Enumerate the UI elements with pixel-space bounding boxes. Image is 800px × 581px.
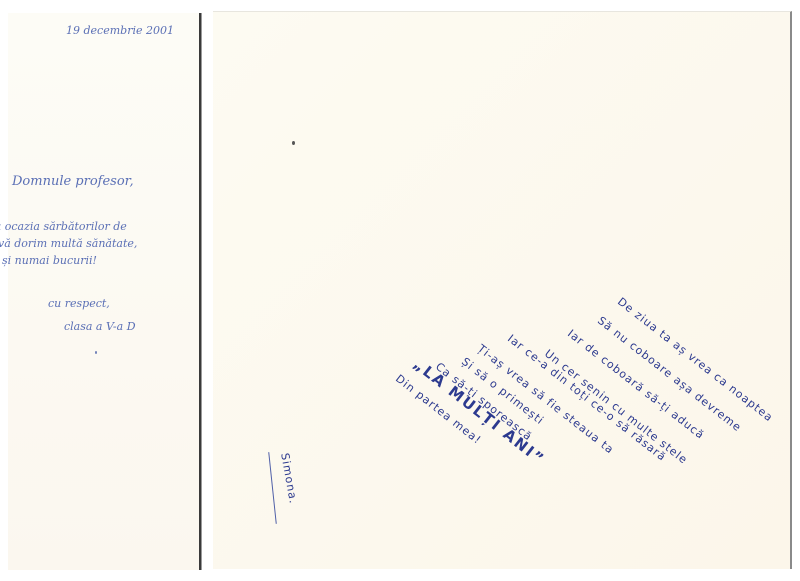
body-line-1: cu ocazia sărbătorilor de	[0, 221, 127, 232]
body-line-2: vă dorim multă sănătate,	[0, 238, 137, 249]
body-line-3: și numai bucurii!	[2, 255, 97, 266]
class-signature: clasa a V-a D	[64, 321, 136, 332]
closing-text: cu respect,	[48, 298, 110, 309]
date-text: 19 decembrie 2001	[66, 25, 174, 36]
ink-speck	[95, 351, 97, 354]
left-card: 19 decembrie 2001 Domnule profesor, cu o…	[8, 13, 201, 570]
ink-speck	[292, 141, 295, 145]
right-card: De ziua ta aș vrea ca noaptea Să nu cobo…	[213, 11, 792, 569]
poem-line-1: De ziua ta aș vrea ca noaptea	[615, 295, 776, 424]
greeting-text: Domnule profesor,	[12, 175, 134, 188]
signature-simona: Simona.	[278, 452, 300, 505]
